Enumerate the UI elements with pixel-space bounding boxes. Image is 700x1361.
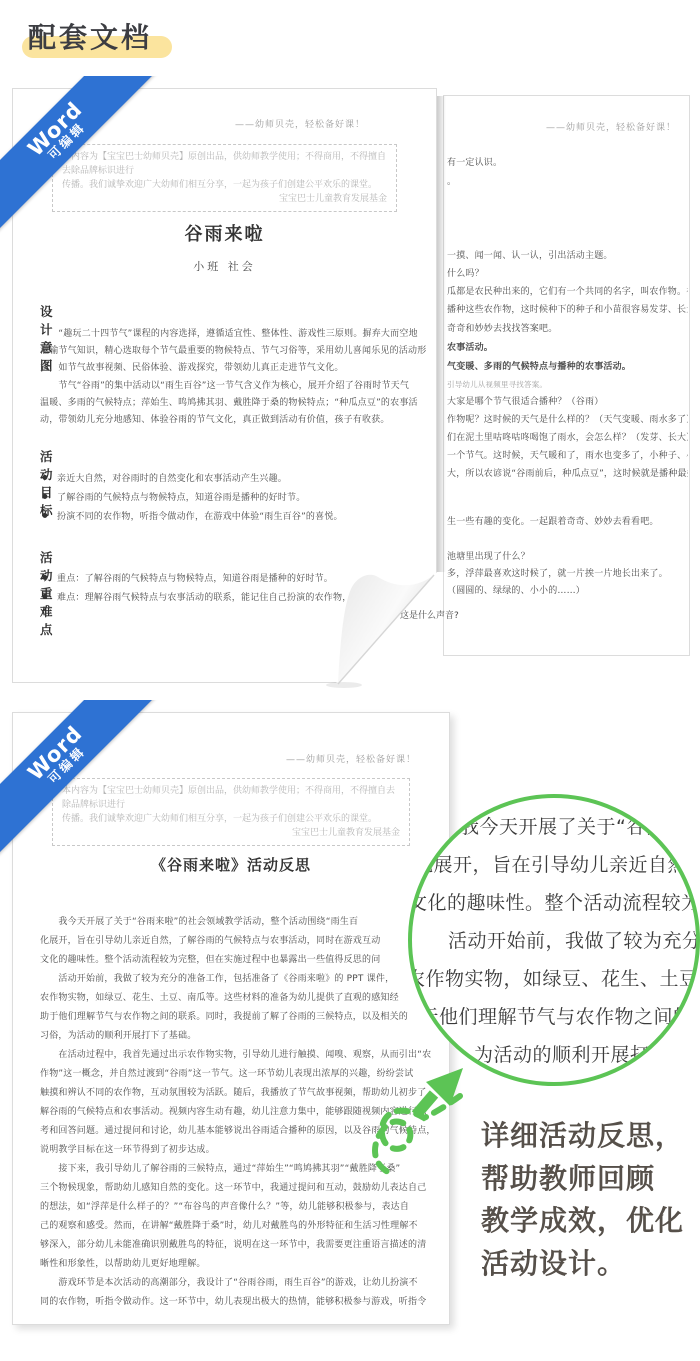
doc1-back-line: （圆圆的、绿绿的、小小的……） — [447, 583, 585, 596]
word-ribbon: Word 可编辑 — [0, 76, 170, 246]
doc1-back-line: 什么吗？ — [447, 266, 484, 279]
magnifier-circle: 我今天开展了关于“谷雨来啦”的化展开，旨在引导幼儿亲近自然，了解谷文化的趣味性。… — [408, 794, 700, 1086]
doc1-back-line: 引导幼儿从视频里寻找答案。 — [447, 379, 547, 390]
doc1-back-line: 瓜都是农民种出来的，它们有一个共同的名字，叫农作物。在春 — [447, 284, 688, 297]
doc1-back-line: 池塘里出现了什么？ — [447, 549, 530, 562]
doc1-back-line: 气变暖、多雨的气候特点与播种的农事活动。 — [447, 359, 631, 372]
doc1-back-line: 生一些有趣的变化。一起跟着奇奇、妙妙去看看吧。 — [447, 514, 659, 527]
doc1-back-line: 大，所以农谚说“谷雨前后，种瓜点豆”，这时候就是播种最好 — [447, 466, 688, 479]
caption-line: 帮助教师回顾 — [481, 1157, 655, 1197]
doc1-goal-item: 亲近大自然，对谷雨时的自然变化和农事活动产生兴趣。 — [42, 471, 287, 484]
doc2-body-line: 同的农作物，听指令做动作。这一环节中，幼儿表现出极大的热情，能够积极参与游戏，听… — [40, 1294, 426, 1307]
magnified-line: 农作物实物，如绿豆、花生、土豆、南瓜 — [408, 964, 700, 991]
page-curl — [318, 538, 448, 688]
doc1-body-line: 节气“谷雨”的集中活动以“雨生百谷”这一节气含义作为核心，展开介绍了谷雨时节天气 — [40, 378, 409, 391]
doc1-back-line: 。 — [447, 174, 456, 187]
doc1-body-line: 式，如节气故事视频、民俗体验、游戏探究，带领幼儿真正走进节气文化。 — [40, 360, 344, 373]
doc1-subtitle: 小班 社会 — [12, 258, 437, 274]
magnified-line: 为活动的顺利开展打下了基 — [474, 1040, 700, 1067]
magnified-line: 化展开，旨在引导幼儿亲近自然，了解谷 — [414, 850, 700, 877]
doc1-back-line: 农事活动。 — [447, 340, 493, 353]
doc2-body-line: 己的观察和感受。然而，在讲解“戴胜降于桑”时，幼儿对戴胜鸟的外形特征和生活习性理… — [40, 1218, 418, 1231]
word-ribbon-band: Word 可编辑 — [0, 76, 163, 237]
doc1-body-line: 灌输节气知识，精心选取每个节气最重要的物候特点、节气习俗等，采用幼儿喜闻乐见的活… — [40, 343, 426, 356]
doc1-goal-item: 扮演不同的农作物，听指令做动作，在游戏中体验“雨生百谷”的喜悦。 — [42, 509, 343, 522]
doc1-back-line: 作物呢？这时候的天气是什么样的？（天气变暖、雨水多了） — [447, 412, 688, 425]
doc1-front-edge-shadow — [437, 96, 446, 572]
caption-line: 活动设计。 — [481, 1242, 626, 1282]
magnified-line: 文化的趣味性。整个活动流程较为完整， — [408, 888, 700, 915]
doc2-body-line: 说明教学目标在这一环节得到了初步达成。 — [40, 1142, 215, 1155]
magnified-line: 我今天开展了关于“谷雨来啦”的 — [460, 812, 700, 839]
word-ribbon: Word 可编辑 — [0, 700, 170, 870]
magnified-line: 活动开始前，我做了较为充分的准备 — [448, 926, 700, 953]
doc2-body-line: 农作物实物，如绿豆、花生、土豆、南瓜等。这些材料的准备为幼儿提供了直观的感知经 — [40, 990, 399, 1003]
caption-line: 详细活动反思， — [481, 1114, 684, 1154]
doc1-back-line: 一摸、闻一闻、认一认，引出活动主题。 — [447, 248, 613, 261]
doc2-body-line: 化展开，旨在引导幼儿亲近自然，了解谷雨的气候特点与农事活动，同时在游戏互动 — [40, 933, 380, 946]
page-title: 配套文档 — [28, 16, 152, 56]
doc2-body-line: 晰性和形象性，以帮助幼儿更好地理解。 — [40, 1256, 206, 1269]
doc1-back-line: 有一定认识。 — [447, 155, 502, 168]
arrow-decoration — [360, 1044, 500, 1184]
doc1-point-item: 重点：了解谷雨的气候特点与物候特点，知道谷雨是播种的好时节。 — [42, 571, 333, 584]
doc1-back-line: 大家是哪个节气很适合播种？（谷雨） — [447, 394, 603, 407]
doc2-body-line: 游戏环节是本次活动的高潮部分，我设计了“谷雨谷雨，雨生百谷”的游戏，让幼儿扮演不 — [40, 1275, 418, 1288]
doc2-body-line: 习俗，为活动的顺利开展打下了基础。 — [40, 1028, 196, 1041]
doc2-body-line: 接下来，我引导幼儿了解谷雨的三候特点，通过“萍始生”“鸣鸠拂其羽”“戴胜降于桑” — [40, 1161, 400, 1174]
caption-line: 教学成效，优化 — [481, 1199, 684, 1239]
doc2-body-line: 我今天开展了关于“谷雨来啦”的社会领域教学活动，整个活动围绕“雨生百 — [40, 914, 358, 927]
doc1-slogan: ——幼师贝壳，轻松备好课！ — [235, 117, 365, 130]
doc2-body-line: 够深入，部分幼儿未能准确识别戴胜鸟的特征，说明在这一环节中，我需要更注重语言描述… — [40, 1237, 426, 1250]
doc2-body-line: 助于他们理解节气与农作物之间的联系。同时，我提前了解了谷雨的三候特点，以及相关的 — [40, 1009, 408, 1022]
doc1-back-line: 播种这些农作物，这时候种下的种子和小苗很容易发芽、长大， — [447, 302, 688, 315]
doc1-body-line: 温暖、多雨的气候特点；萍始生、鸣鸠拂其羽、戴胜降于桑的物候特点；“种瓜点豆”的农… — [40, 395, 418, 408]
doc1-back-line: 多，浮萍最喜欢这时候了，就一片挨一片地长出来了。 — [447, 566, 668, 579]
doc1-back-line: 奇奇和妙妙去找找答案吧。 — [447, 321, 557, 334]
doc1-back-line: 们在泥土里咕咚咕咚喝饱了雨水，会怎么样？（发芽、长大） — [447, 430, 688, 443]
doc2-body-line: 活动开始前，我做了较为充分的准备工作，包括准备了《谷雨来啦》的 PPT 课件， — [40, 971, 394, 984]
page: { "header": { "title": "配套文档", "text_col… — [0, 0, 700, 1361]
doc1-back-text: 有一定认识。。一摸、闻一闻、认一认，引出活动主题。什么吗？瓜都是农民种出来的，它… — [445, 95, 688, 654]
doc1-goal-item: 了解谷雨的气候特点与物候特点，知道谷雨是播种的好时节。 — [42, 490, 305, 503]
doc2-body-line: 文化的趣味性。整个活动流程较为完整，但在实施过程中也暴露出一些值得反思的问 — [40, 952, 380, 965]
magnified-line: 助于他们理解节气与农作物之间的联系 — [408, 1002, 700, 1029]
doc2-body-line: 的想法，如“浮萍是什么样子的？”“布谷鸟的声音像什么？”等，幼儿能够积极参与，表… — [40, 1199, 409, 1212]
doc1-body-line: “趣玩二十四节气”课程的内容选择，遵循适宜性、整体性、游戏性三原则。摒弃大而空地 — [40, 326, 418, 339]
doc1-back-line: 一个节气。这时候，天气暖和了，雨水也变多了，小种子、小苗 — [447, 448, 688, 461]
doc1-body-line: 动，带领幼儿充分地感知、体验谷雨的节气文化，真正做到活动有价值，孩子有收获。 — [40, 412, 390, 425]
doc2-slogan: ——幼师贝壳，轻松备好课！ — [286, 752, 416, 765]
word-ribbon-band: Word 可编辑 — [0, 700, 163, 861]
doc2-body-line: 作物”这一概念，并自然过渡到“谷雨”这一节气。这一环节幼儿表现出浓厚的兴趣，纷纷… — [40, 1066, 413, 1079]
